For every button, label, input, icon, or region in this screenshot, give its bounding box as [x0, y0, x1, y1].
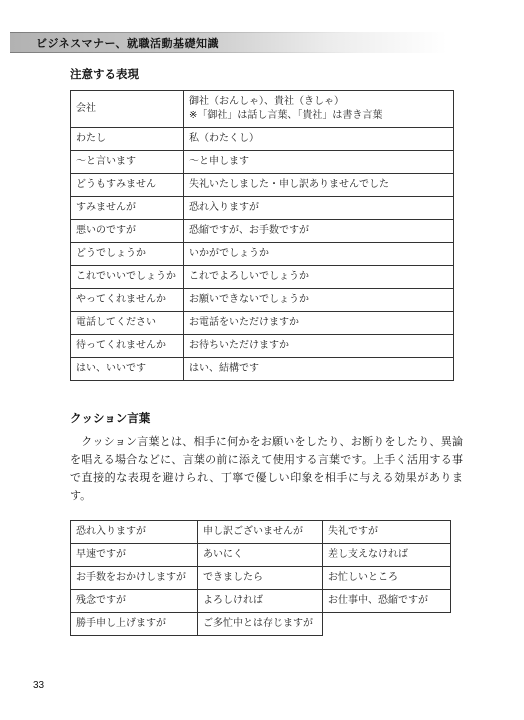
table-cell: すみませんが [71, 197, 184, 220]
table-row: 会社御社（おんしゃ）、貴社（きしゃ） ※「御社」は話し言葉、「貴社」は書き言葉 [71, 91, 454, 128]
table-cell: 残念ですが [71, 590, 198, 613]
table-cell: やってくれませんか [71, 289, 184, 312]
table-cell: ～と申します [184, 151, 454, 174]
table-cell: はい、いいです [71, 358, 184, 381]
table-cell: あいにく [198, 544, 323, 567]
table-row: どうもすみません失礼いたしました・申し訳ありませんでした [71, 174, 454, 197]
table-cell: 待ってくれませんか [71, 335, 184, 358]
page-number: 33 [33, 680, 44, 691]
table-cell: 差し支えなければ [323, 544, 451, 567]
table-cell: 電話してください [71, 312, 184, 335]
table-cell: これでよろしいでしょうか [184, 266, 454, 289]
table-cell: 私（わたくし） [184, 128, 454, 151]
cautionary-expressions-table: 会社御社（おんしゃ）、貴社（きしゃ） ※「御社」は話し言葉、「貴社」は書き言葉わ… [70, 90, 454, 381]
table-row: ～と言います～と申します [71, 151, 454, 174]
table-cell: 恐縮ですが、お手数ですが [184, 220, 454, 243]
table-row: これでいいでしょうかこれでよろしいでしょうか [71, 266, 454, 289]
table-cell: お電話をいただけますか [184, 312, 454, 335]
table-cell: 失礼いたしました・申し訳ありませんでした [184, 174, 454, 197]
table-row: すみませんが恐れ入りますが [71, 197, 454, 220]
table-cell: ～と言います [71, 151, 184, 174]
table-row: はい、いいですはい、結構です [71, 358, 454, 381]
table-row: 残念ですがよろしければお仕事中、恐縮ですが [71, 590, 451, 613]
cushion-words-description: クッション言葉とは、相手に何かをお願いをしたり、お断りをしたり、異論を唱える場合… [70, 433, 463, 505]
table-cell: どうもすみません [71, 174, 184, 197]
table-cell: 早速ですが [71, 544, 198, 567]
table-row: 悪いのですが恐縮ですが、お手数ですが [71, 220, 454, 243]
table-cell: 会社 [71, 91, 184, 128]
cushion-words-table: 恐れ入りますが申し訳ございませんが失礼ですが早速ですがあいにく差し支えなければお… [70, 520, 451, 636]
table-row: 勝手申し上げますがご多忙中とは存じますが [71, 613, 451, 636]
table-cell: はい、結構です [184, 358, 454, 381]
table-cell: 勝手申し上げますが [71, 613, 198, 636]
table-cell: お仕事中、恐縮ですが [323, 590, 451, 613]
table-cell: できましたら [198, 567, 323, 590]
table-row: 待ってくれませんかお待ちいただけますか [71, 335, 454, 358]
table-cell: わたし [71, 128, 184, 151]
page-header-bar: ビジネスマナー、就職活動基礎知識 [10, 32, 524, 53]
table-cell: 悪いのですが [71, 220, 184, 243]
table-cell: お忙しいところ [323, 567, 451, 590]
table-row: わたし私（わたくし） [71, 128, 454, 151]
section-title-cushion-words: クッション言葉 [70, 412, 463, 426]
table-cell: お手数をおかけしますが [71, 567, 198, 590]
table-row: 恐れ入りますが申し訳ございませんが失礼ですが [71, 521, 451, 544]
table-row: やってくれませんかお願いできないでしょうか [71, 289, 454, 312]
table-cell: 恐れ入りますが [184, 197, 454, 220]
table-cell: これでいいでしょうか [71, 266, 184, 289]
section-title-cautionary-expressions: 注意する表現 [70, 68, 463, 82]
table-row: どうでしょうかいかがでしょうか [71, 243, 454, 266]
table-cell: ご多忙中とは存じますが [198, 613, 323, 636]
table-cell: 申し訳ございませんが [198, 521, 323, 544]
table-cell: いかがでしょうか [184, 243, 454, 266]
table-row: 電話してくださいお電話をいただけますか [71, 312, 454, 335]
table-row: 早速ですがあいにく差し支えなければ [71, 544, 451, 567]
table-cell: よろしければ [198, 590, 323, 613]
table-cell: お願いできないでしょうか [184, 289, 454, 312]
page-content: 注意する表現 会社御社（おんしゃ）、貴社（きしゃ） ※「御社」は話し言葉、「貴社… [70, 68, 463, 636]
table-row: お手数をおかけしますができましたらお忙しいところ [71, 567, 451, 590]
page-header-title: ビジネスマナー、就職活動基礎知識 [10, 35, 219, 51]
table-cell: 御社（おんしゃ）、貴社（きしゃ） ※「御社」は話し言葉、「貴社」は書き言葉 [184, 91, 454, 128]
table-cell: どうでしょうか [71, 243, 184, 266]
table-cell: 恐れ入りますが [71, 521, 198, 544]
table-cell: 失礼ですが [323, 521, 451, 544]
table-cell: お待ちいただけますか [184, 335, 454, 358]
